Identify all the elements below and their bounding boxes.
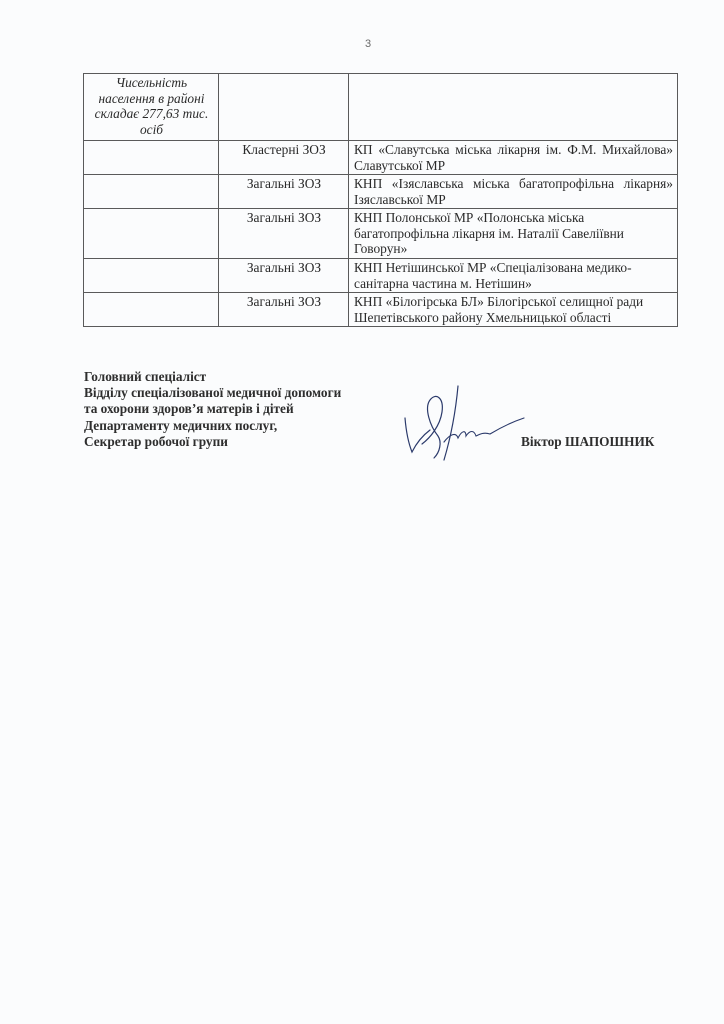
organization-cell: КНП Полонської МР «Полонська міська бага… xyxy=(349,209,678,259)
signatory-title-line: Секретар робочої групи xyxy=(84,434,341,450)
signatory-title: Головний спеціаліст Відділу спеціалізова… xyxy=(84,369,341,450)
facility-type-cell: Загальні ЗОЗ xyxy=(219,259,349,293)
table-row: Загальні ЗОЗ КНП «Ізяславська міська баг… xyxy=(84,175,678,209)
facility-type-cell: Кластерні ЗОЗ xyxy=(219,141,349,175)
header-empty-cell xyxy=(219,74,349,141)
header-empty-cell xyxy=(349,74,678,141)
empty-cell xyxy=(84,259,219,293)
facility-type-cell: Загальні ЗОЗ xyxy=(219,209,349,259)
table-row: Загальні ЗОЗ КНП Нетішинської МР «Спеціа… xyxy=(84,259,678,293)
facility-type-cell: Загальні ЗОЗ xyxy=(219,293,349,327)
facilities-table: Чисельність населення в районі складає 2… xyxy=(83,73,678,327)
population-note-cell: Чисельність населення в районі складає 2… xyxy=(84,74,219,141)
empty-cell xyxy=(84,175,219,209)
handwritten-signature xyxy=(400,378,530,463)
table-row: Загальні ЗОЗ КНП «Білогірська БЛ» Білогі… xyxy=(84,293,678,327)
signer-name: Віктор ШАПОШНИК xyxy=(521,434,654,450)
page-number: 3 xyxy=(362,38,374,50)
signatory-title-line: Головний спеціаліст xyxy=(84,369,341,385)
empty-cell xyxy=(84,209,219,259)
empty-cell xyxy=(84,141,219,175)
organization-cell: КНП «Ізяславська міська багатопрофільна … xyxy=(349,175,678,209)
empty-cell xyxy=(84,293,219,327)
table-header-row: Чисельність населення в районі складає 2… xyxy=(84,74,678,141)
table-row: Кластерні ЗОЗ КП «Славутська міська ліка… xyxy=(84,141,678,175)
signatory-title-line: та охорони здоров’я матерів і дітей xyxy=(84,401,341,417)
table-row: Загальні ЗОЗ КНП Полонської МР «Полонськ… xyxy=(84,209,678,259)
organization-cell: КП «Славутська міська лікарня ім. Ф.М. М… xyxy=(349,141,678,175)
organization-cell: КНП «Білогірська БЛ» Білогірської селищн… xyxy=(349,293,678,327)
signatory-title-line: Відділу спеціалізованої медичної допомог… xyxy=(84,385,341,401)
organization-cell: КНП Нетішинської МР «Спеціалізована меди… xyxy=(349,259,678,293)
facility-type-cell: Загальні ЗОЗ xyxy=(219,175,349,209)
signatory-title-line: Департаменту медичних послуг, xyxy=(84,418,341,434)
